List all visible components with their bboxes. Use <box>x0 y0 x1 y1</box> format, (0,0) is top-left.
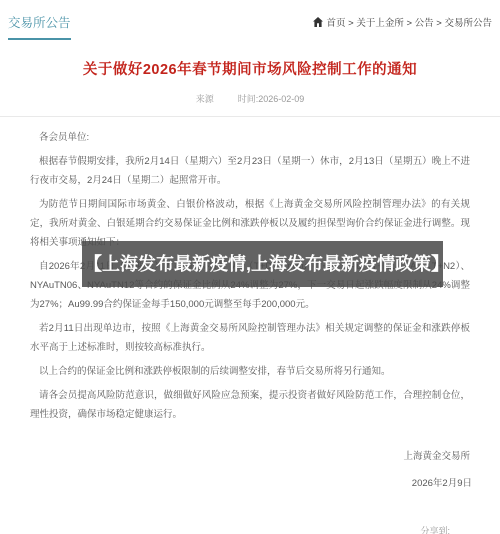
article-paragraph: 各会员单位: <box>30 128 470 147</box>
source-label: 来源 <box>196 92 214 105</box>
signature: 上海黄金交易所 <box>0 448 500 462</box>
article-meta: 来源 时间:2026-02-09 <box>0 92 500 116</box>
share-label[interactable]: 分享到: <box>420 524 450 534</box>
time-value: 2026-02-09 <box>258 94 304 104</box>
page-header: 交易所公告 首页 > 关于上金所 > 公告 > 交易所公告 <box>0 0 500 40</box>
publish-time: 时间:2026-02-09 <box>238 92 305 105</box>
article-paragraph: 请各会员提高风险防范意识，做细做好风险应急预案，提示投资者做好风险防范工作，合理… <box>30 386 470 424</box>
article-paragraph: 以上合约的保证金比例和涨跌停板限制的后续调整安排，春节后交易所将另行通知。 <box>30 362 470 381</box>
signature-date: 2026年2月9日 <box>0 475 500 489</box>
overlay-banner: 【上海发布最新疫情,上海发布最新疫情政策】 <box>82 241 443 287</box>
article-paragraph: 根据春节假期安排，我所2月14日（星期六）至2月23日（星期一）休市，2月13日… <box>30 152 470 190</box>
page: 交易所公告 首页 > 关于上金所 > 公告 > 交易所公告 关于做好2026年春… <box>0 0 500 534</box>
home-icon[interactable] <box>313 17 323 27</box>
section-title-tab[interactable]: 交易所公告 <box>8 13 71 40</box>
article-title: 关于做好2026年春节期间市场风险控制工作的通知 <box>28 61 472 80</box>
breadcrumb-trail[interactable]: 首页 > 关于上金所 > 公告 > 交易所公告 <box>327 15 492 29</box>
time-label: 时间: <box>238 94 259 104</box>
breadcrumb: 首页 > 关于上金所 > 公告 > 交易所公告 <box>313 15 492 29</box>
article-paragraph: 若2月11日出现单边市，按照《上海黄金交易所风险控制管理办法》相关规定调整的保证… <box>30 319 470 357</box>
